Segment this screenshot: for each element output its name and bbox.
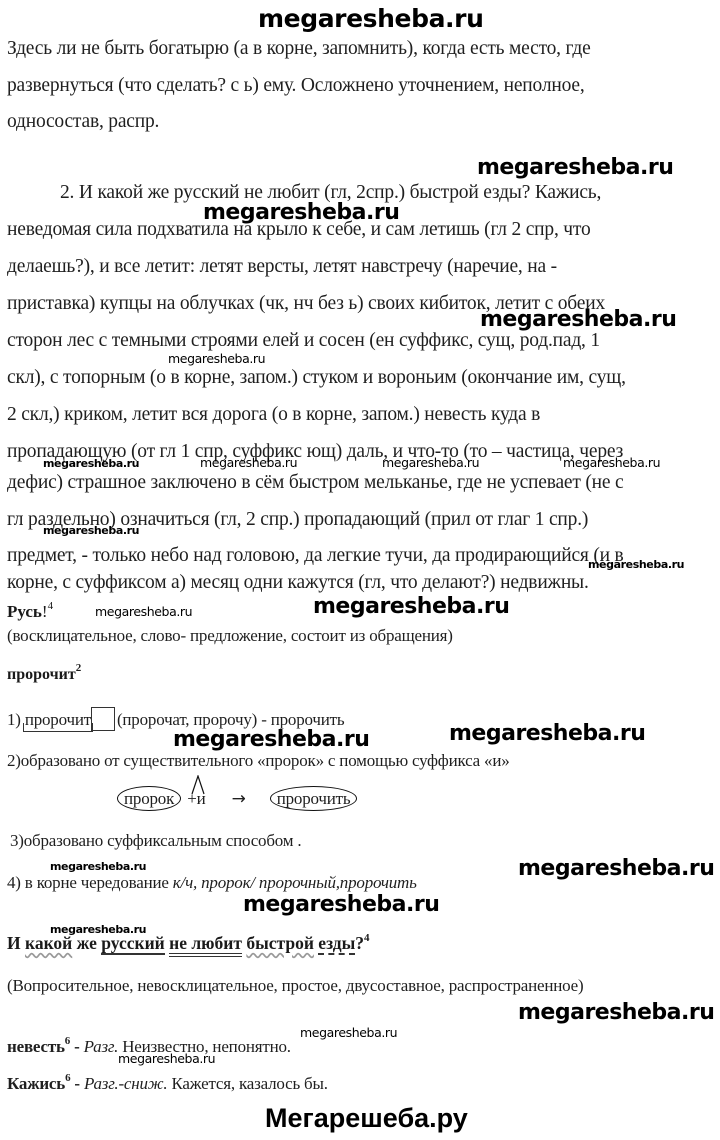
paragraph-line: Здесь ли не быть богатырю (а в корне, за… xyxy=(7,38,591,60)
watermark: megaresheba.ru xyxy=(480,307,676,332)
glossary-definition: Кажется, казалось бы. xyxy=(167,1074,327,1093)
glossary-term: невесть xyxy=(7,1037,65,1056)
watermark: megaresheba.ru xyxy=(300,1025,397,1040)
paragraph-line: неведомая сила подхватила на крыло к себ… xyxy=(7,219,591,241)
paragraph-line: скл), с топорным (о в корне, запом.) сту… xyxy=(7,367,626,389)
watermark: megaresheba.ru xyxy=(588,558,684,571)
word-subject: русский xyxy=(101,933,165,955)
alternation-letters: к/ч, xyxy=(173,873,197,892)
rus-word: Русь xyxy=(7,602,42,621)
prorochit-word: пророчит xyxy=(7,666,76,683)
watermark: megaresheba.ru xyxy=(243,892,439,917)
result-word-oval: пророчить xyxy=(270,786,358,811)
stem-bracket xyxy=(23,723,93,732)
watermark: megaresheba.ru xyxy=(477,155,673,180)
watermark: megaresheba.ru xyxy=(118,1051,215,1066)
watermark: megaresheba.ru xyxy=(95,604,192,619)
watermark: megaresheba.ru xyxy=(449,721,645,746)
watermark: megaresheba.ru xyxy=(313,594,509,619)
word: же xyxy=(77,933,97,953)
derivation-text: 2)образовано от существительного «пророк… xyxy=(7,751,510,771)
paragraph-line: 2 скл,) криком, летит вся дорога (о в ко… xyxy=(7,404,540,426)
paragraph-line: дефис) страшное заключено в сём быстром … xyxy=(7,472,624,494)
dash: - xyxy=(70,1037,84,1056)
watermark: megaresheba.ru xyxy=(173,727,369,752)
watermark: megaresheba.ru xyxy=(563,455,660,470)
glossary-term: Кажись xyxy=(7,1074,65,1093)
alternation-label: 4) в корне чередование xyxy=(7,873,173,892)
rus-description: (восклицательное, слово- предложение, со… xyxy=(7,626,453,646)
prorochit-sup: 2 xyxy=(76,662,82,674)
sentence-description: (Вопросительное, невосклицательное, прос… xyxy=(7,976,583,996)
paragraph-line: корне, с суффиксом а) месяц одни кажутся… xyxy=(7,572,589,594)
watermark: megaresheba.ru xyxy=(200,455,297,470)
glossary-label: Разг. xyxy=(84,1037,119,1056)
paragraph-line: предмет, - только небо над головою, да л… xyxy=(7,545,624,567)
prorochit-heading: пророчит2 xyxy=(7,666,81,684)
dash: - xyxy=(70,1074,84,1093)
alternation-examples: пророк/ пророчный,пророчить xyxy=(197,873,417,892)
watermark: megaresheba.ru xyxy=(50,860,146,873)
suffix-caret-icon xyxy=(191,775,205,795)
watermark: megaresheba.ru xyxy=(43,524,139,537)
watermark: megaresheba.ru xyxy=(518,856,714,881)
word-formation-diagram: пророк +и → пророчить xyxy=(117,789,357,809)
stem-marked-word: пророчит xyxy=(25,710,91,730)
ending-box xyxy=(91,707,115,731)
rus-sup: 4 xyxy=(48,600,54,612)
footer-watermark: Мегарешеба.ру xyxy=(265,1103,468,1134)
alternation-text: 4) в корне чередование к/ч, пророк/ прор… xyxy=(7,873,417,893)
glossary-item: Кажись6 - Разг.-сниж. Кажется, казалось … xyxy=(7,1074,328,1094)
paragraph-line: развернуться (что сделать? с ь) ему. Осл… xyxy=(7,75,585,97)
word-object: езды xyxy=(318,933,355,955)
watermark: megaresheba.ru xyxy=(518,1000,714,1025)
watermark: megaresheba.ru xyxy=(382,455,479,470)
word: И xyxy=(7,933,21,953)
punct: ? xyxy=(355,933,364,953)
sentence-analysis: И какой же русский не любит быстрой езды… xyxy=(7,933,370,954)
arrow-icon: → xyxy=(232,789,246,809)
word-attribute: быстрой xyxy=(246,933,314,953)
suffix-mark: +и xyxy=(187,789,205,808)
header-watermark: megaresheba.ru xyxy=(258,4,483,33)
sentence-sup: 4 xyxy=(364,932,370,944)
paragraph-line: сторон лес с темными строями елей и сосе… xyxy=(7,330,600,352)
rus-heading: Русь!4 xyxy=(7,602,53,622)
paragraph-line: односостав, распр. xyxy=(7,111,159,133)
word-predicate: не любит xyxy=(169,933,242,957)
glossary-label: Разг.-сниж. xyxy=(84,1074,168,1093)
paragraph-line: делаешь?), и все летит: летят версты, ле… xyxy=(7,256,557,278)
watermark: megaresheba.ru xyxy=(168,351,265,366)
formation-method: 3)образовано суффиксальным способом . xyxy=(10,831,301,851)
base-word-oval: пророк xyxy=(117,786,181,811)
watermark: megaresheba.ru xyxy=(43,457,139,470)
word-attribute: какой xyxy=(25,933,72,953)
